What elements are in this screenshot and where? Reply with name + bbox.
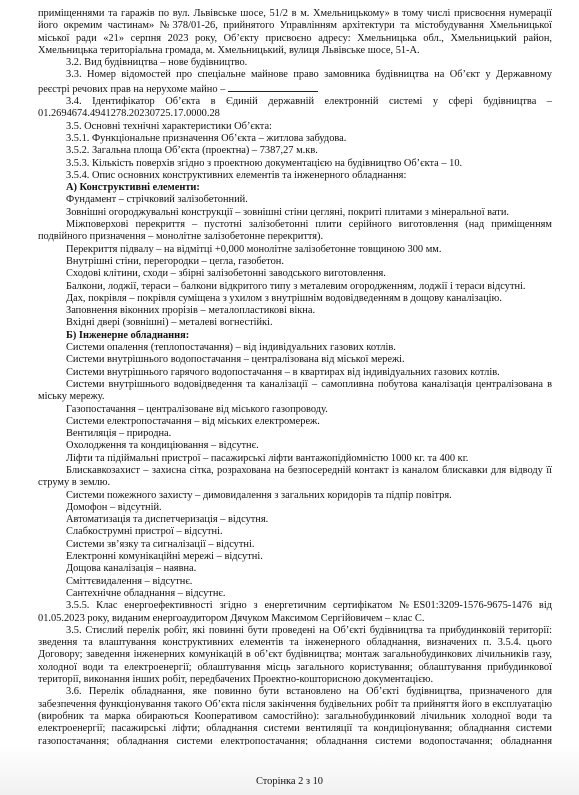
page-number: Сторінка 2 з 10 (0, 776, 579, 787)
engineering-item: Автоматизація та диспетчеризація – відсу… (38, 514, 552, 526)
document-page: приміщеннями та гаражів по вул. Львівськ… (38, 8, 552, 772)
engineering-item: Дощова каналізація – наявна. (38, 563, 552, 575)
section-3-5-works: 3.5. Стислий перелік робіт, які повинні … (38, 625, 552, 686)
structural-item: Фундамент – стрічковий залізобетонний. (38, 194, 552, 206)
engineering-item: Системи внутрішнього гарячого водопостач… (38, 367, 552, 379)
section-3-5-2: 3.5.2. Загальна площа Об’єкта (проектна)… (38, 145, 552, 157)
structural-item: Заповнення віконних прорізів – металопла… (38, 305, 552, 317)
engineering-item: Домофон – відсутній. (38, 502, 552, 514)
structural-item: Дах, покрівля – покрівля суміщена з ухил… (38, 293, 552, 305)
blank-field-line (228, 82, 318, 92)
engineering-item: Охолодження та кондиціювання – відсутнє. (38, 440, 552, 452)
section-3-3: 3.3. Номер відомостей про спеціальне май… (38, 69, 552, 96)
engineering-item: Сміттєвидалення – відсутнє. (38, 576, 552, 588)
engineering-item: Вентиляція – природна. (38, 428, 552, 440)
engineering-list: Системи опалення (теплопостачання) – від… (38, 342, 552, 600)
engineering-heading: Б) Інженерне обладнання: (38, 330, 552, 342)
engineering-item: Електронні комунікаційні мережі – відсут… (38, 551, 552, 563)
engineering-item: Блискавкозахист – захисна сітка, розрахо… (38, 465, 552, 490)
section-3-5-5: 3.5.5. Клас енергоефективності згідно з … (38, 600, 552, 625)
engineering-item: Системи зв’язку та сигналізації – відсут… (38, 539, 552, 551)
engineering-item: Системи електропостачання – від міських … (38, 416, 552, 428)
engineering-item: Системи пожежного захисту – димовидаленн… (38, 490, 552, 502)
structural-list: Фундамент – стрічковий залізобетонний. З… (38, 194, 552, 329)
structural-heading: А) Конструктивні елементи: (38, 182, 552, 194)
section-3-5-1: 3.5.1. Функціональне призначення Об’єкта… (38, 133, 552, 145)
structural-item: Зовнішні огороджувальні конструкції – зо… (38, 207, 552, 219)
structural-item: Міжповерхові перекриття – пустотні заліз… (38, 219, 552, 244)
section-3-5-3: 3.5.3. Кількість поверхів згідно з проек… (38, 158, 552, 170)
engineering-item: Ліфти та підіймальні пристрої – пасажирс… (38, 453, 552, 465)
engineering-item: Сантехнічне обладнання – відсутнє. (38, 588, 552, 600)
structural-item: Сходові клітини, сходи – збірні залізобе… (38, 268, 552, 280)
structural-item: Внутрішні стіни, перегородки – цегла, га… (38, 256, 552, 268)
section-3-4: 3.4. Ідентифікатор Об’єкта в Єдиній держ… (38, 96, 552, 121)
engineering-item: Газопостачання – централізоване від місь… (38, 404, 552, 416)
engineering-item: Системи опалення (теплопостачання) – від… (38, 342, 552, 354)
engineering-item: Системи внутрішнього водопостачання – це… (38, 354, 552, 366)
page-footer: Сторінка 2 з 10 (0, 745, 579, 795)
section-3-5: 3.5. Основні технічні характеристики Об’… (38, 121, 552, 133)
structural-item: Балкони, лоджії, тераси – балкони відкри… (38, 281, 552, 293)
engineering-item: Системи внутрішнього водовідведення та к… (38, 379, 552, 404)
intro-continuation: приміщеннями та гаражів по вул. Львівськ… (38, 8, 552, 57)
section-3-5-4: 3.5.4. Опис основних конструктивних елем… (38, 170, 552, 182)
section-3-2: 3.2. Вид будівництва – нове будівництво. (38, 57, 552, 69)
engineering-item: Слабкострумні пристрої – відсутні. (38, 526, 552, 538)
structural-item: Вхідні двері (зовнішні) – металеві вогне… (38, 317, 552, 329)
structural-item: Перекриття підвалу – на відмітці +0,000 … (38, 244, 552, 256)
